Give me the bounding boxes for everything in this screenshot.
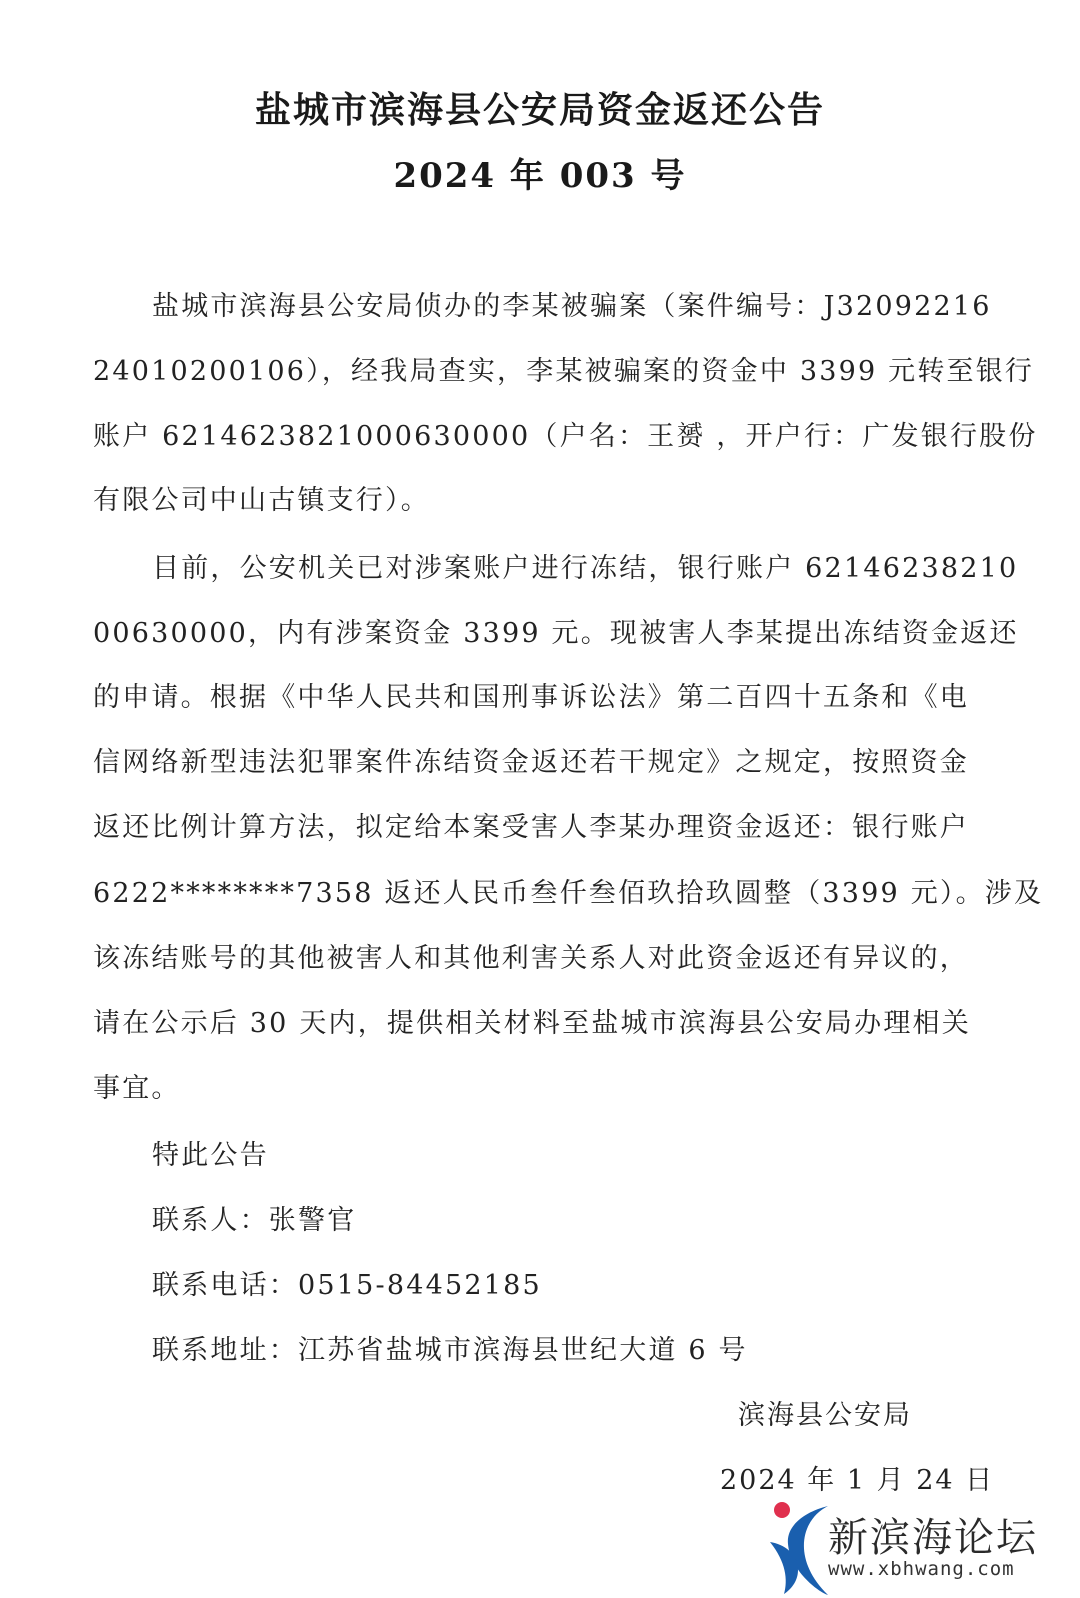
paragraph-line: 6222********7358 返还人民币叁仟叁佰玖拾玖圆整（3399 元）。… [93, 871, 1043, 910]
paragraph-line: 目前，公安机关已对涉案账户进行冻结，银行账户 62146238210 [152, 546, 1018, 585]
document-number: 2024 年 003 号 [0, 148, 1080, 197]
closing-text: 特此公告 [152, 1133, 269, 1172]
paragraph-line: 24010200106），经我局查实，李某被骗案的资金中 3399 元转至银行 [93, 349, 1034, 388]
watermark-site-name: 新滨海论坛 [828, 1506, 1038, 1563]
signature: 滨海县公安局 [738, 1393, 912, 1432]
watermark-url: www.xbhwang.com [828, 1558, 1015, 1580]
paragraph-line: 返还比例计算方法，拟定给本案受害人李某办理资金返还：银行账户 [93, 805, 969, 844]
paragraph-line: 00630000，内有涉案资金 3399 元。现被害人李某提出冻结资金返还 [93, 611, 1019, 650]
issue-date: 2024 年 1 月 24 日 [720, 1458, 994, 1497]
watermark: 新滨海论坛 www.xbhwang.com [770, 1500, 1080, 1598]
paragraph-line: 有限公司中山古镇支行）。 [93, 478, 430, 517]
paragraph-line: 请在公示后 30 天内，提供相关材料至盐城市滨海县公安局办理相关 [93, 1001, 971, 1040]
paragraph-line: 信网络新型违法犯罪案件冻结资金返还若干规定》之规定，按照资金 [93, 740, 969, 779]
contact-address: 联系地址：江苏省盐城市滨海县世纪大道 6 号 [152, 1328, 748, 1367]
paragraph-line: 该冻结账号的其他被害人和其他利害关系人对此资金返还有异议的， [93, 936, 969, 975]
paragraph-line: 盐城市滨海县公安局侦办的李某被骗案（案件编号：J32092216 [152, 284, 992, 323]
contact-phone: 联系电话：0515-84452185 [152, 1263, 542, 1302]
document-title: 盐城市滨海县公安局资金返还公告 [0, 82, 1080, 133]
paragraph-line: 账户 6214623821000630000（户名：王赟 ，开户行：广发银行股份 [93, 414, 1038, 453]
contact-person: 联系人：张警官 [152, 1198, 356, 1237]
paragraph-line: 事宜。 [93, 1066, 181, 1105]
paragraph-line: 的申请。根据《中华人民共和国刑事诉讼法》第二百四十五条和《电 [93, 675, 969, 714]
